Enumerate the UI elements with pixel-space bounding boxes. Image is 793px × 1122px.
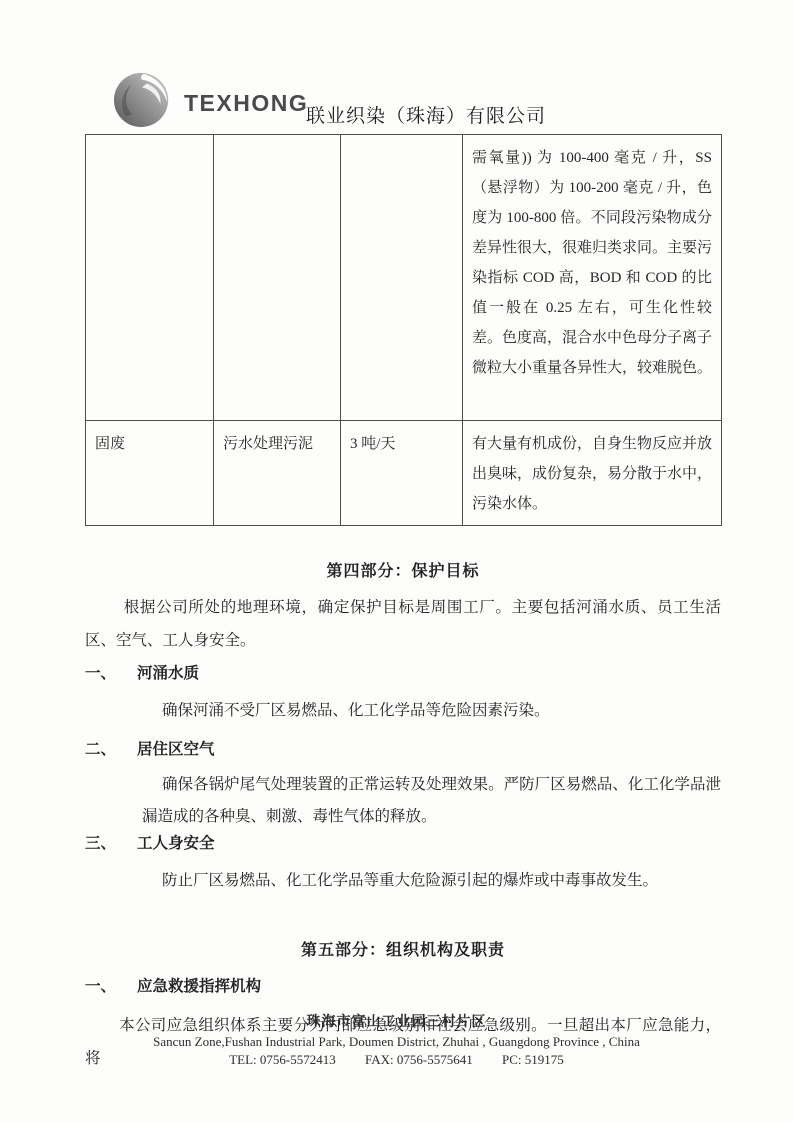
cell-item <box>214 135 341 421</box>
cell-item: 污水处理污泥 <box>214 421 341 526</box>
item-heading: 工人身安全 <box>137 835 215 852</box>
footer-pc: PC: 519175 <box>502 1052 564 1067</box>
document-body: 第四部分：保护目标 根据公司所处的地理环境，确定保护目标是周围工厂。主要包括河涌… <box>85 552 721 1075</box>
footer-address-en: Sancun Zone,Fushan Industrial Park, Doum… <box>0 1033 793 1050</box>
section-4-intro: 根据公司所处的地理环境，确定保护目标是周围工厂。主要包括河涌水质、员工生活区、空… <box>85 591 721 657</box>
cell-description: 需氧量)) 为 100-400 毫克 / 升，SS（悬浮物）为 100-200 … <box>463 135 722 421</box>
cell-category: 固废 <box>86 421 214 526</box>
item-heading: 应急救援指挥机构 <box>137 978 261 995</box>
item-number: 一、 <box>85 663 137 685</box>
item-number: 二、 <box>85 739 137 761</box>
protection-item-2: 二、居住区空气 <box>85 739 721 761</box>
document-page: TEXHONG 联业织染（珠海）有限公司 需氧量)) 为 100-400 毫克 … <box>0 0 793 1122</box>
footer-address-cn: 珠海市富山工业园三村片区 <box>0 1014 793 1032</box>
item-body: 确保各锅炉尾气处理装置的正常运转及处理效果。严防厂区易燃品、化工化学品泄漏造成的… <box>85 769 721 833</box>
texhong-wordmark: TEXHONG <box>184 90 308 117</box>
protection-item-1: 一、河涌水质 <box>85 663 721 685</box>
footer-fax: FAX: 0756-5575641 <box>365 1052 473 1067</box>
section-4-title: 第四部分：保护目标 <box>85 552 721 581</box>
protection-item-3: 三、工人身安全 <box>85 833 721 855</box>
item-heading: 居住区空气 <box>137 741 215 758</box>
org-item-1: 一、应急救援指挥机构 <box>85 976 721 998</box>
item-body: 确保河涌不受厂区易燃品、化工化学品等危险因素污染。 <box>85 695 721 727</box>
item-body: 防止厂区易燃品、化工化学品等重大危险源引起的爆炸或中毒事故发生。 <box>85 865 721 897</box>
item-heading: 河涌水质 <box>137 665 199 682</box>
pollutant-table: 需氧量)) 为 100-400 毫克 / 升，SS（悬浮物）为 100-200 … <box>85 134 722 526</box>
table-row: 需氧量)) 为 100-400 毫克 / 升，SS（悬浮物）为 100-200 … <box>86 135 722 421</box>
item-number: 三、 <box>85 833 137 855</box>
item-number: 一、 <box>85 976 137 998</box>
page-footer: 珠海市富山工业园三村片区 Sancun Zone,Fushan Industri… <box>0 1014 793 1068</box>
cell-quantity <box>341 135 463 421</box>
cell-category <box>86 135 214 421</box>
footer-contact-line: TEL: 0756-5572413 FAX: 0756-5575641 PC: … <box>0 1051 793 1068</box>
cell-description: 有大量有机成份，自身生物反应并放出臭味，成份复杂，易分散于水中，污染水体。 <box>463 421 722 526</box>
cell-quantity: 3 吨/天 <box>341 421 463 526</box>
company-name: 联业织染（珠海）有限公司 <box>306 101 546 128</box>
section-5-title: 第五部分：组织机构及职责 <box>85 931 721 960</box>
footer-tel: TEL: 0756-5572413 <box>229 1052 336 1067</box>
texhong-sphere-icon <box>112 70 174 130</box>
header-logo: TEXHONG <box>112 70 308 130</box>
table-row: 固废 污水处理污泥 3 吨/天 有大量有机成份，自身生物反应并放出臭味，成份复杂… <box>86 421 722 526</box>
